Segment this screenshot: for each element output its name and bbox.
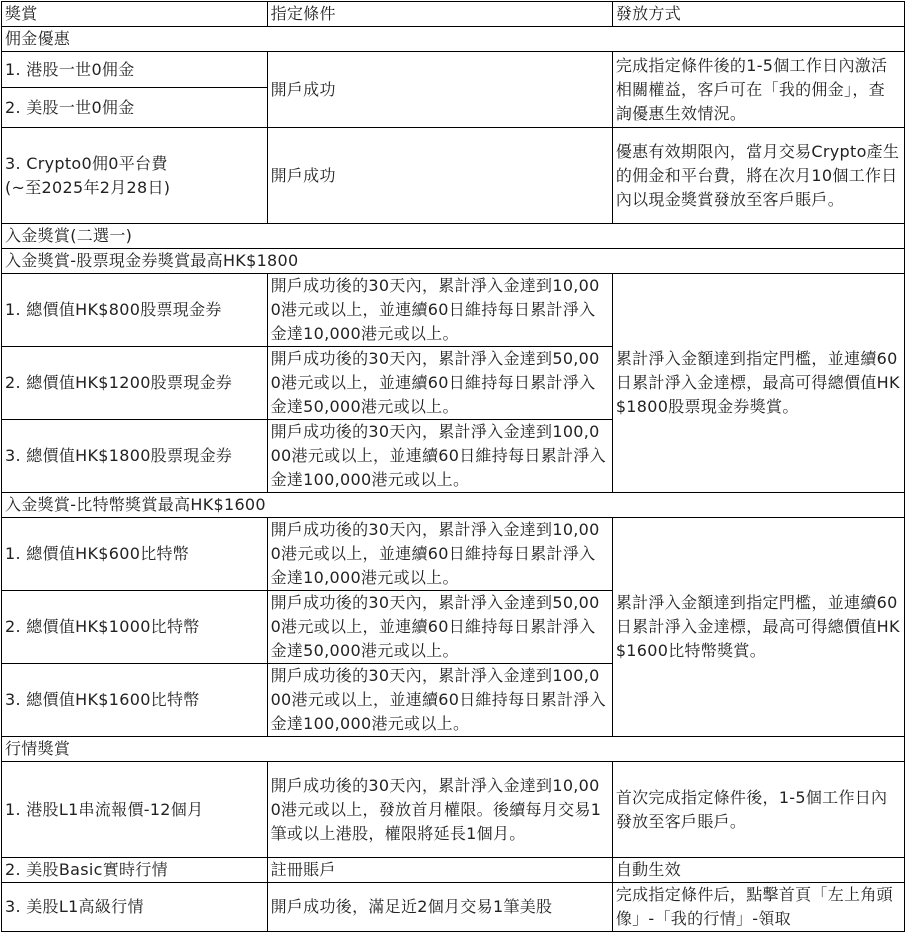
condition-cell: 開戶成功 [267,128,612,224]
delivery-cell: 優惠有效期限內，當月交易Crypto產生的佣金和平台費，將在次月10個工作日內以… [612,128,904,224]
condition-cell: 開戶成功後的30天內，累計淨入金達到100,000港元或以上，並連續60日維持每… [267,420,612,493]
reward-cell: 1. 總價值HK$800股票現金券 [2,274,268,347]
rewards-table: 獎賞 指定條件 發放方式 佣金優惠 1. 港股一世0佣金 開戶成功 完成指定條件… [1,1,905,917]
section-title: 入金獎賞(二選一) [2,224,905,249]
section-row-bitcoin: 入金獎賞-比特幣獎賞最高HK$1600 [2,493,905,518]
header-delivery: 發放方式 [612,2,904,27]
section-row-market-data: 行情獎賞 [2,737,905,762]
header-reward: 獎賞 [2,2,268,27]
reward-cell: 3. 總價值HK$1600比特幣 [2,664,268,737]
reward-cell: 2. 總價值HK$1200股票現金券 [2,347,268,420]
table-row: 3. Crypto0佣0平台費 (~至2025年2月28日) 開戶成功 優惠有效… [2,128,905,224]
section-row-commission: 佣金優惠 [2,27,905,52]
condition-cell: 開戶成功後的30天內，累計淨入金達到100,000港元或以上，並連續60日維持每… [267,664,612,737]
condition-cell: 開戶成功後的30天內，累計淨入金達到50,000港元或以上，並連續60日維持每日… [267,347,612,420]
reward-cell: 3. 美股L1高級行情 [2,883,268,918]
reward-cell: 3. Crypto0佣0平台費 (~至2025年2月28日) [2,128,268,224]
condition-cell: 開戶成功後的30天內，累計淨入金達到10,000港元或以上，並連續60日維持每日… [267,518,612,591]
header-condition: 指定條件 [267,2,612,27]
reward-cell: 2. 美股Basic實時行情 [2,858,268,883]
condition-cell: 開戶成功後的30天內，累計淨入金達到50,000港元或以上，並連續60日維持每日… [267,591,612,664]
reward-cell: 2. 美股一世0佣金 [2,88,268,128]
delivery-cell: 自動生效 [612,858,904,883]
reward-cell: 1. 港股L1串流報價-12個月 [2,762,268,858]
section-title: 行情獎賞 [2,737,905,762]
table-row: 2. 美股Basic實時行情 註冊賬戶 自動生效 [2,858,905,883]
table-row: 1. 總價值HK$600比特幣 開戶成功後的30天內，累計淨入金達到10,000… [2,518,905,591]
delivery-cell: 完成指定條件后，點擊首頁「左上角頭像」-「我的行情」-領取 [612,883,904,918]
condition-cell: 開戶成功後的30天內，累計淨入金達到10,000港元或以上，發放首月權限。後續每… [267,762,612,858]
reward-cell: 1. 總價值HK$600比特幣 [2,518,268,591]
delivery-cell: 完成指定條件後的1-5個工作日內激活相關權益，客戶可在「我的佣金」，查詢優惠生效… [612,52,904,128]
section-row-stock-voucher: 入金獎賞-股票現金券獎賞最高HK$1800 [2,249,905,274]
section-title: 入金獎賞-股票現金券獎賞最高HK$1800 [2,249,905,274]
condition-cell: 註冊賬戶 [267,858,612,883]
condition-cell: 開戶成功 [267,52,612,128]
table-row: 1. 港股L1串流報價-12個月 開戶成功後的30天內，累計淨入金達到10,00… [2,762,905,858]
table-row: 1. 港股一世0佣金 開戶成功 完成指定條件後的1-5個工作日內激活相關權益，客… [2,52,905,88]
table-row: 3. 美股L1高級行情 開戶成功後，滿足近2個月交易1筆美股 完成指定條件后，點… [2,883,905,918]
section-title: 入金獎賞-比特幣獎賞最高HK$1600 [2,493,905,518]
delivery-cell: 累計淨入金額達到指定門檻，並連續60日累計淨入金達標，最高可得總價值HK$180… [612,274,904,493]
reward-cell: 1. 港股一世0佣金 [2,52,268,88]
header-row: 獎賞 指定條件 發放方式 [2,2,905,27]
delivery-cell: 首次完成指定條件後，1-5個工作日內發放至客戶賬戶。 [612,762,904,858]
section-row-deposit: 入金獎賞(二選一) [2,224,905,249]
table-row: 1. 總價值HK$800股票現金券 開戶成功後的30天內，累計淨入金達到10,0… [2,274,905,347]
condition-cell: 開戶成功後，滿足近2個月交易1筆美股 [267,883,612,918]
condition-cell: 開戶成功後的30天內，累計淨入金達到10,000港元或以上，並連續60日維持每日… [267,274,612,347]
reward-cell: 2. 總價值HK$1000比特幣 [2,591,268,664]
reward-cell: 3. 總價值HK$1800股票現金券 [2,420,268,493]
section-title: 佣金優惠 [2,27,905,52]
delivery-cell: 累計淨入金額達到指定門檻，並連續60日累計淨入金達標，最高可得總價值HK$160… [612,518,904,737]
